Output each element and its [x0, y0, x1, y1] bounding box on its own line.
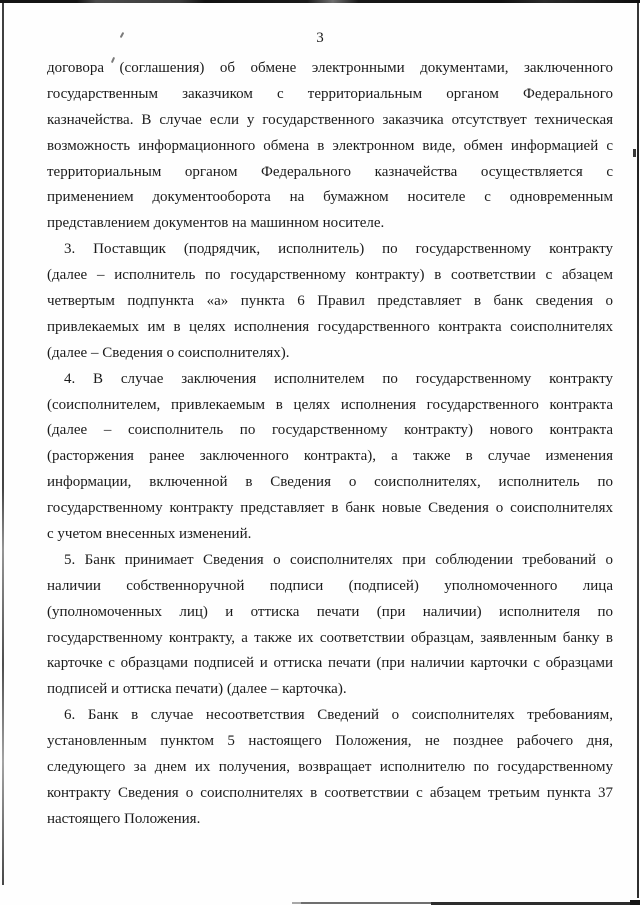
scan-bar-bottom: [292, 902, 301, 904]
paragraph: 3. Поставщик (подрядчик, исполнитель) по…: [47, 237, 613, 366]
text-line: представлением документов на машинном но…: [47, 211, 613, 237]
text-line: настоящего Положения.: [47, 807, 613, 833]
text-line: 4. В случае заключения исполнителем по г…: [47, 367, 613, 393]
scan-speck: [633, 149, 636, 157]
text-line: с учетом внесенных изменений.: [47, 522, 613, 548]
text-line: контракту Сведения о соисполнителях в со…: [47, 781, 613, 807]
text-line: государственному контракту представляет …: [47, 496, 613, 522]
text-line: (далее – соисполнитель по государственно…: [47, 418, 613, 444]
text-line: установленным пунктом 5 настоящего Полож…: [47, 729, 613, 755]
text-line: (уполномоченных лиц) и оттиска печати (п…: [47, 600, 613, 626]
text-line: 5. Банк принимает Сведения о соисполните…: [47, 548, 613, 574]
text-line: (расторжения ранее заключенного контракт…: [47, 444, 613, 470]
text-line: договора (соглашения) об обмене электрон…: [47, 56, 613, 82]
text-line: наличии собственноручной подписи (подпис…: [47, 574, 613, 600]
text-line: применением документооборота на бумажном…: [47, 185, 613, 211]
text-line: (далее – Сведения о соисполнителях).: [47, 341, 613, 367]
paragraph: 4. В случае заключения исполнителем по г…: [47, 367, 613, 548]
text-line: государственным заказчиком с территориал…: [47, 82, 613, 108]
text-line: (соисполнителем, привлекаемым в целях ис…: [47, 393, 613, 419]
text-line: территориальным органом Федерального каз…: [47, 160, 613, 186]
scan-bar-bottom: [630, 900, 640, 905]
page-number: 3: [0, 30, 640, 47]
text-line: 3. Поставщик (подрядчик, исполнитель) по…: [47, 237, 613, 263]
document-text: договора (соглашения) об обмене электрон…: [47, 56, 613, 833]
text-line: подписей и оттиска печати) (далее – карт…: [47, 677, 613, 703]
text-line: государственному контракту, а также их с…: [47, 626, 613, 652]
text-line: (далее – исполнитель по государственному…: [47, 263, 613, 289]
paragraph: договора (соглашения) об обмене электрон…: [47, 56, 613, 237]
text-line: возможность информационного обмена в эле…: [47, 134, 613, 160]
scan-bar-top: [0, 0, 640, 3]
text-line: информации, включенной в Сведения о соис…: [47, 470, 613, 496]
text-line: казначейства. В случае если у государств…: [47, 108, 613, 134]
text-line: четвертым подпункта «а» пункта 6 Правил …: [47, 289, 613, 315]
page-edge-line-left: [2, 3, 4, 885]
scan-bar-bottom: [301, 902, 431, 904]
paragraph: 6. Банк в случае несоответствия Сведений…: [47, 703, 613, 832]
document-page: 3 договора (соглашения) об обмене электр…: [0, 0, 640, 905]
paragraph: 5. Банк принимает Сведения о соисполните…: [47, 548, 613, 703]
text-line: следующего за днем их получения, возвращ…: [47, 755, 613, 781]
text-line: 6. Банк в случае несоответствия Сведений…: [47, 703, 613, 729]
text-line: карточке с образцами подписей и оттиска …: [47, 651, 613, 677]
text-line: привлекаемых им в целях исполнения госуд…: [47, 315, 613, 341]
page-edge-line-right: [637, 3, 639, 898]
